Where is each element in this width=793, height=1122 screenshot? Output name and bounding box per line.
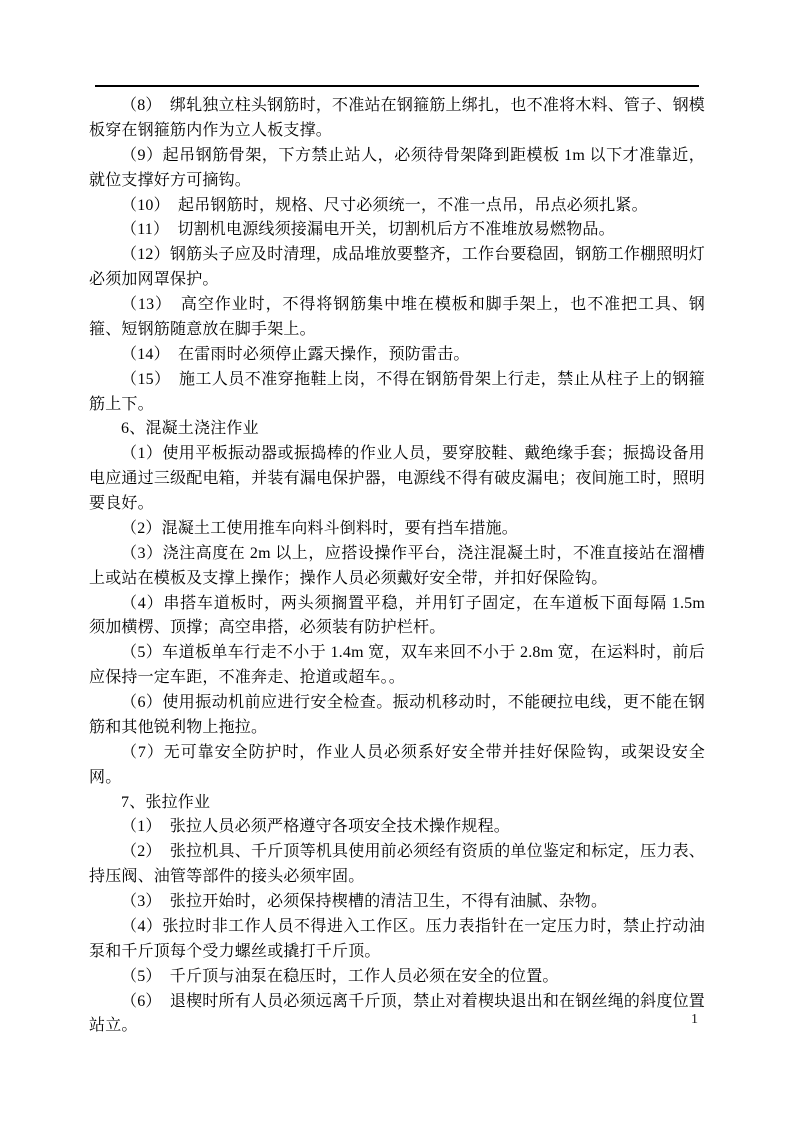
tension-item-2: （2） 张拉机具、千斤顶等机具使用前必须经有资质的单位鉴定和标定，压力表、持压阀… [89, 840, 705, 890]
list-item-13: （13） 高空作业时，不得将钢筋集中堆在模板和脚手架上，也不准把工具、钢箍、短钢… [89, 293, 705, 343]
list-item-8: （8） 绑轧独立柱头钢筋时，不准站在钢箍筋上绑扎，也不准将木料、管子、钢模板穿在… [89, 94, 705, 144]
document-body: （8） 绑轧独立柱头钢筋时，不准站在钢箍筋上绑扎，也不准将木料、管子、钢模板穿在… [89, 94, 705, 1039]
page-number: 1 [691, 1011, 698, 1029]
tension-item-1: （1） 张拉人员必须严格遵守各项安全技术操作规程。 [89, 815, 705, 840]
tension-item-6: （6） 退楔时所有人员必须远离千斤顶，禁止对着楔块退出和在钢丝绳的斜度位置站立。 [89, 990, 705, 1040]
concrete-item-3: （3）浇注高度在 2m 以上，应搭设操作平台，浇注混凝土时，不准直接站在溜槽上或… [89, 542, 705, 592]
list-item-11: （11） 切割机电源线须接漏电开关，切割机后方不准堆放易燃物品。 [89, 218, 705, 243]
tension-item-3: （3） 张拉开始时，必须保持楔槽的清洁卫生，不得有油腻、杂物。 [89, 890, 705, 915]
list-item-10: （10） 起吊钢筋时，规格、尺寸必须统一，不准一点吊，吊点必须扎紧。 [89, 194, 705, 219]
concrete-item-2: （2）混凝土工使用推车向料斗倒料时，要有挡车措施。 [89, 517, 705, 542]
list-item-15: （15） 施工人员不准穿拖鞋上岗，不得在钢筋骨架上行走，禁止从柱子上的钢箍筋上下… [89, 368, 705, 418]
tension-item-4: （4）张拉时非工作人员不得进入工作区。压力表指针在一定压力时，禁止拧动油泵和千斤… [89, 915, 705, 965]
section-heading-tensioning: 7、张拉作业 [89, 791, 705, 816]
list-item-12: （12）钢筋头子应及时清理，成品堆放要整齐，工作台要稳固，钢筋工作棚照明灯必须加… [89, 243, 705, 293]
document-page: （8） 绑轧独立柱头钢筋时，不准站在钢箍筋上绑扎，也不准将木料、管子、钢模板穿在… [0, 0, 793, 1122]
concrete-item-4: （4）串搭车道板时，两头须搁置平稳，并用钉子固定，在车道板下面每隔 1.5m 须… [89, 592, 705, 642]
concrete-item-7: （7）无可靠安全防护时，作业人员必须系好安全带并挂好保险钩，或架设安全网。 [89, 741, 705, 791]
list-item-9: （9）起吊钢筋骨架，下方禁止站人，必须待骨架降到距模板 1m 以下才准靠近，就位… [89, 144, 705, 194]
tension-item-5: （5） 千斤顶与油泵在稳压时，工作人员必须在安全的位置。 [89, 965, 705, 990]
concrete-item-1: （1）使用平板振动器或振捣棒的作业人员，要穿胶鞋、戴绝缘手套；振捣设备用电应通过… [89, 442, 705, 517]
section-heading-concrete-pouring: 6、混凝土浇注作业 [89, 417, 705, 442]
list-item-14: （14） 在雷雨时必须停止露天操作，预防雷击。 [89, 343, 705, 368]
concrete-item-6: （6）使用振动机前应进行安全检查。振动机移动时，不能硬拉电线，更不能在钢筋和其他… [89, 691, 705, 741]
header-rule-divider [95, 85, 699, 87]
concrete-item-5: （5）车道板单车行走不小于 1.4m 宽，双车来回不小于 2.8m 宽，在运料时… [89, 641, 705, 691]
